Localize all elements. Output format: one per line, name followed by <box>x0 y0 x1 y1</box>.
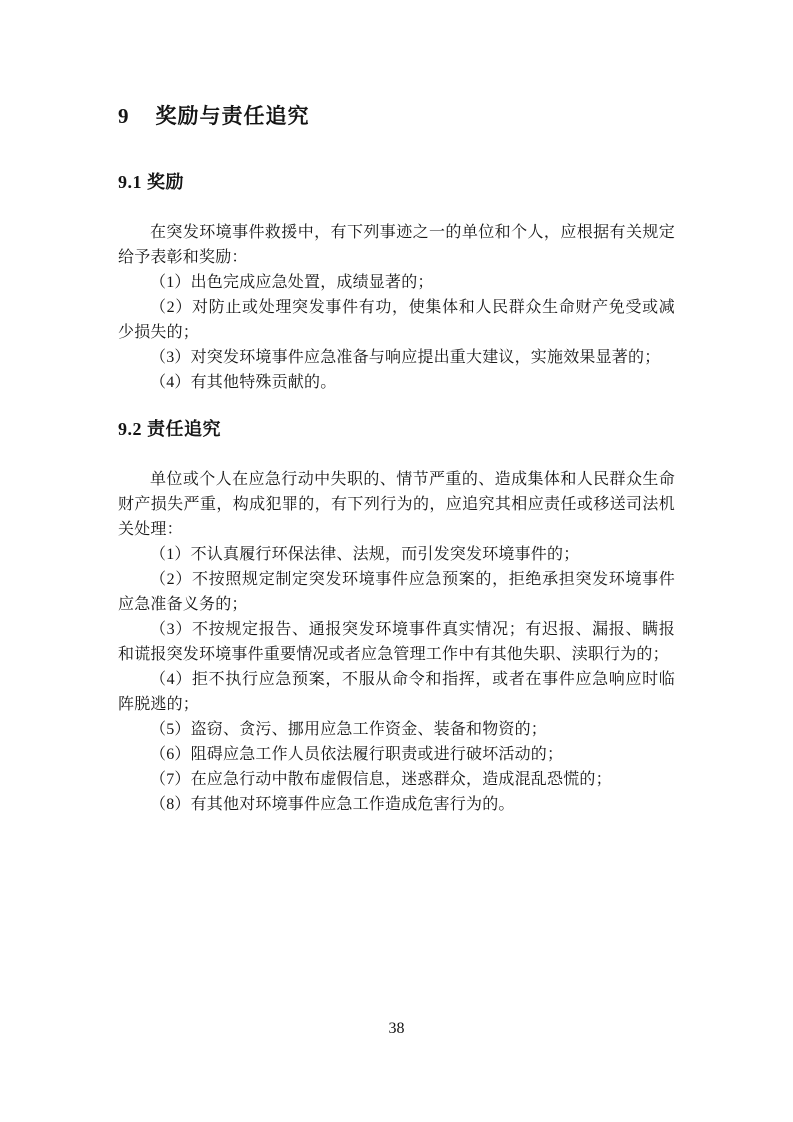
list-item: （2）对防止或处理突发事件有功，使集体和人民群众生命财产免受或减少损失的； <box>118 295 675 345</box>
list-item: （8）有其他对环境事件应急工作造成危害行为的。 <box>118 792 675 817</box>
section-9-1-intro: 在突发环境事件救援中，有下列事迹之一的单位和个人，应根据有关规定给予表彰和奖励： <box>118 220 675 270</box>
document-page: 9奖励与责任追究 9.1 奖励 在突发环境事件救援中，有下列事迹之一的单位和个人… <box>0 0 793 1122</box>
chapter-title: 奖励与责任追究 <box>156 104 310 128</box>
chapter-heading: 9奖励与责任追究 <box>118 101 675 131</box>
list-item: （6）阻碍应急工作人员依法履行职责或进行破坏活动的； <box>118 742 675 767</box>
list-item: （7）在应急行动中散布虚假信息，迷惑群众，造成混乱恐慌的； <box>118 767 675 792</box>
list-item: （4）有其他特殊贡献的。 <box>118 370 675 395</box>
list-item: （4）拒不执行应急预案，不服从命令和指挥，或者在事件应急响应时临阵脱逃的； <box>118 667 675 717</box>
page-content: 9奖励与责任追究 9.1 奖励 在突发环境事件救援中，有下列事迹之一的单位和个人… <box>118 0 675 817</box>
list-item: （1）出色完成应急处置，成绩显著的； <box>118 270 675 295</box>
section-heading-9-1: 9.1 奖励 <box>118 168 675 196</box>
page-number: 38 <box>0 1016 793 1041</box>
list-item: （3）对突发环境事件应急准备与响应提出重大建议，实施效果显著的； <box>118 345 675 370</box>
section-9-2-intro: 单位或个人在应急行动中失职的、情节严重的、造成集体和人民群众生命财产损失严重，构… <box>118 467 675 542</box>
list-item: （3）不按规定报告、通报突发环境事件真实情况；有迟报、漏报、瞒报和谎报突发环境事… <box>118 617 675 667</box>
list-item: （1）不认真履行环保法律、法规，而引发突发环境事件的； <box>118 542 675 567</box>
section-heading-9-2: 9.2 责任追究 <box>118 415 675 443</box>
list-item: （5）盗窃、贪污、挪用应急工作资金、装备和物资的； <box>118 717 675 742</box>
list-item: （2）不按照规定制定突发环境事件应急预案的，拒绝承担突发环境事件应急准备义务的； <box>118 567 675 617</box>
chapter-number: 9 <box>118 101 130 131</box>
